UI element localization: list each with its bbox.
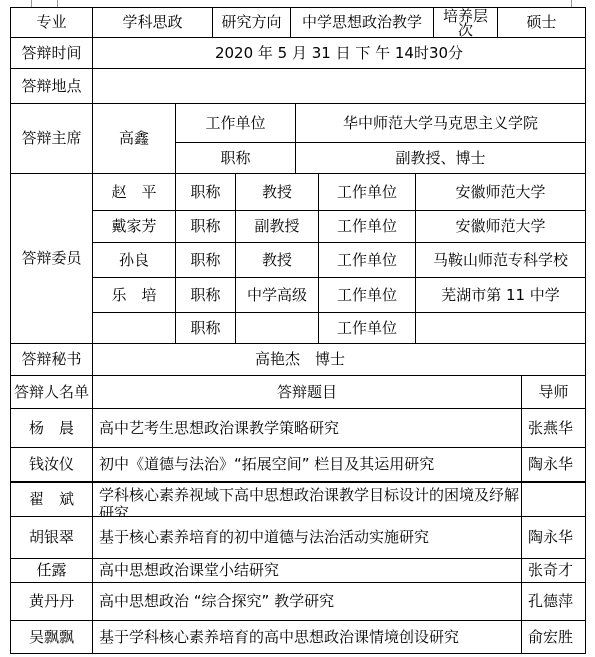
candidate-advisor: 张奇才 [521,559,585,582]
secretary-label: 答辩秘书 [11,344,92,375]
member-unit-label: 工作单位 [318,278,415,312]
member-title-label: 职称 [175,243,235,277]
defense-info-table: 专业 学科思政 研究方向 中学思想政治教学 培养层次 硕士 答辩时间 2020 … [10,7,586,654]
list-header-row: 答辩人名单 答辩题目 导师 [11,375,585,408]
member-unit-label: 工作单位 [318,174,415,210]
member-name: 孙良 [92,243,175,277]
member-unit: 芜湖市第 11 中学 [415,278,585,312]
committee-member-row: 乐 培 职称 中学高级 工作单位 芜湖市第 11 中学 [92,277,585,312]
candidate-name: 任露 [11,559,92,582]
member-unit-label: 工作单位 [318,243,415,277]
candidate-title: 基于学科核心素养培育的高中思想政治课情境创设研究 [92,621,521,653]
candidate-title: 基于核心素养培育的初中道德与法治活动实施研究 [92,517,521,558]
candidate-row: 胡银翠 基于核心素养培育的初中道德与法治活动实施研究 陶永华 [11,516,585,558]
chair-title-value: 副教授、博士 [295,143,585,173]
candidate-row: 任露 高中思想政治课堂小结研究 张奇才 [11,558,585,582]
candidate-title: 高中思想政治课堂小结研究 [92,559,521,582]
committee-member-row: 赵 平 职称 教授 工作单位 安徽师范大学 [92,174,585,210]
chair-unit-value: 华中师范大学马克思主义学院 [295,104,585,142]
place-value [92,69,585,103]
candidate-title: 高中艺考生思想政治课教学策略研究 [92,409,521,447]
member-title: 副教授 [235,211,318,242]
candidate-advisor: 陶永华 [521,448,585,481]
candidate-advisor [521,483,585,516]
member-name: 赵 平 [92,174,175,210]
cutoff-row-line [31,0,32,7]
member-unit: 安徽师范大学 [415,211,585,242]
member-unit: 马鞍山师范专科学校 [415,243,585,277]
candidate-advisor: 俞宏胜 [521,621,585,653]
candidate-row: 黄丹丹 高中思想政治 “综合探究” 教学研究 孔德萍 [11,582,585,620]
committee-member-row: 职称 工作单位 [92,312,585,343]
member-title [235,313,318,343]
cutoff-row-line [57,0,58,7]
committee-member-row: 孙良 职称 教授 工作单位 马鞍山师范专科学校 [92,242,585,277]
time-value: 2020 年 5 月 31 日 下 午 14时30分 [92,38,585,68]
candidate-name: 黄丹丹 [11,583,92,620]
member-unit: 安徽师范大学 [415,174,585,210]
candidate-title: 初中《道德与法治》“拓展空间” 栏目及其运用研究 [92,448,521,481]
secretary-value: 高艳杰 博士 [92,344,585,375]
level-value: 硕士 [497,8,585,37]
level-label: 培养层次 [433,8,497,37]
member-name: 乐 培 [92,278,175,312]
member-unit [415,313,585,343]
document-page: 专业 学科思政 研究方向 中学思想政治教学 培养层次 硕士 答辩时间 2020 … [0,0,595,657]
committee-row: 答辩委员 赵 平 职称 教授 工作单位 安徽师范大学 戴家芳 职称 副教授 工作… [11,173,585,343]
member-title: 教授 [235,174,318,210]
candidate-advisor: 张燕华 [521,409,585,447]
direction-label: 研究方向 [212,8,290,37]
candidate-row: 钱汝仪 初中《道德与法治》“拓展空间” 栏目及其运用研究 陶永华 [11,447,585,481]
candidate-row: 吴飘飘 基于学科核心素养培育的高中思想政治课情境创设研究 俞宏胜 [11,620,585,653]
member-title-label: 职称 [175,211,235,242]
major-row: 专业 学科思政 研究方向 中学思想政治教学 培养层次 硕士 [11,8,585,37]
place-row: 答辩地点 [11,68,585,103]
member-unit-label: 工作单位 [318,211,415,242]
direction-value: 中学思想政治教学 [290,8,433,37]
candidate-name: 吴飘飘 [11,621,92,653]
list-header-title: 答辩题目 [92,376,521,408]
time-row: 答辩时间 2020 年 5 月 31 日 下 午 14时30分 [11,37,585,68]
secretary-row: 答辩秘书 高艳杰 博士 [11,343,585,375]
chair-unit-row: 工作单位 华中师范大学马克思主义学院 [175,104,585,142]
major-value: 学科思政 [92,8,212,37]
candidate-title: 高中思想政治 “综合探究” 教学研究 [92,583,521,620]
chair-row: 答辩主席 高鑫 工作单位 华中师范大学马克思主义学院 职称 副教授、博士 [11,103,585,173]
member-unit-label: 工作单位 [318,313,415,343]
candidate-advisor: 孔德萍 [521,583,585,620]
place-label: 答辩地点 [11,69,92,103]
member-title-label: 职称 [175,313,235,343]
chair-title-label: 职称 [175,143,295,173]
committee-label: 答辩委员 [11,174,92,343]
member-name: 戴家芳 [92,211,175,242]
member-name [92,313,175,343]
committee-member-row: 戴家芳 职称 副教授 工作单位 安徽师范大学 [92,210,585,242]
member-title: 教授 [235,243,318,277]
chair-title-row: 职称 副教授、博士 [175,142,585,173]
candidate-row: 杨 晨 高中艺考生思想政治课教学策略研究 张燕华 [11,408,585,447]
candidate-title: 学科核心素养视域下高中思想政治课教学目标设计的困境及纾解研究 [92,483,521,516]
candidate-name: 杨 晨 [11,409,92,447]
major-label: 专业 [11,8,92,37]
candidate-name: 胡银翠 [11,517,92,558]
time-label: 答辩时间 [11,38,92,68]
candidate-advisor: 陶永华 [521,517,585,558]
candidate-name: 钱汝仪 [11,448,92,481]
member-title: 中学高级 [235,278,318,312]
chair-details: 工作单位 华中师范大学马克思主义学院 职称 副教授、博士 [175,104,585,173]
member-title-label: 职称 [175,174,235,210]
committee-members: 赵 平 职称 教授 工作单位 安徽师范大学 戴家芳 职称 副教授 工作单位 安徽… [92,174,585,343]
list-header-advisor: 导师 [521,376,585,408]
candidate-name: 翟 斌 [11,483,92,516]
cutoff-row-line [571,0,572,7]
chair-unit-label: 工作单位 [175,104,295,142]
candidate-row: 翟 斌 学科核心素养视域下高中思想政治课教学目标设计的困境及纾解研究 [11,481,585,516]
chair-label: 答辩主席 [11,104,92,173]
list-header-name: 答辩人名单 [11,376,92,408]
member-title-label: 职称 [175,278,235,312]
chair-name: 高鑫 [92,104,175,173]
